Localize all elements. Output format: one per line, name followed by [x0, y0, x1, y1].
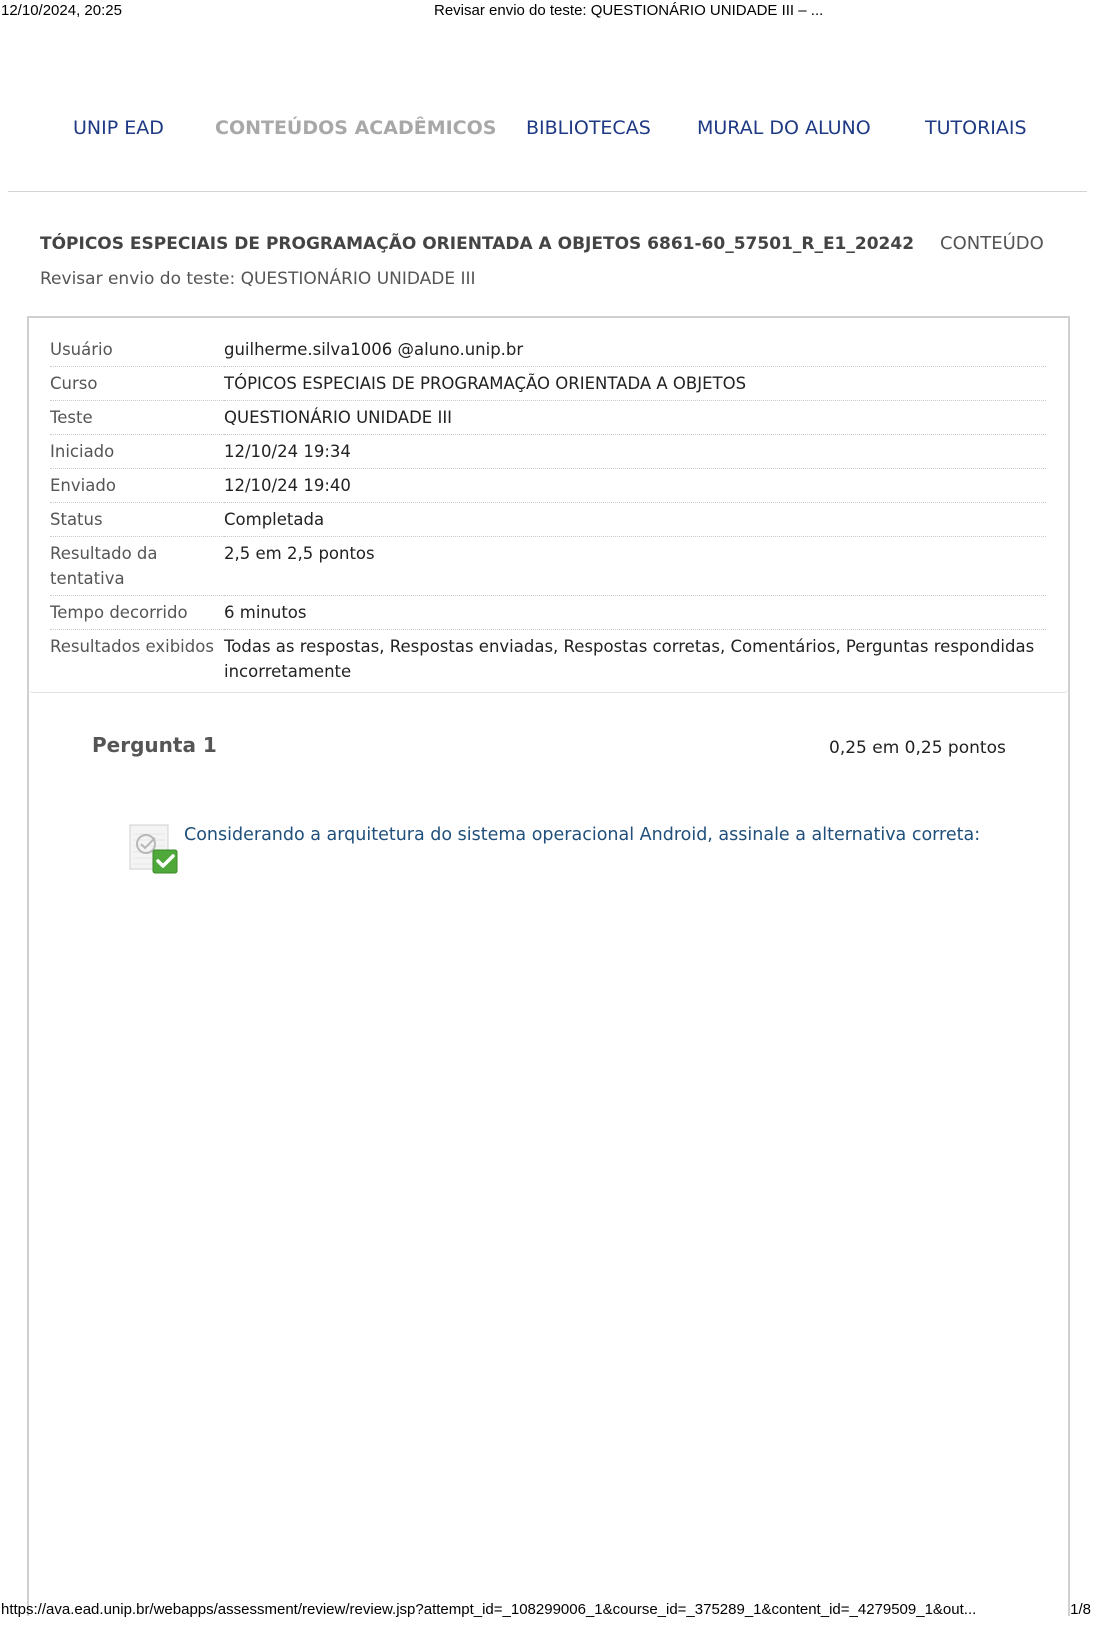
info-value: 2,5 em 2,5 pontos [224, 537, 1046, 596]
info-value: 6 minutos [224, 596, 1046, 630]
info-value: 12/10/24 19:40 [224, 469, 1046, 503]
print-url: https://ava.ead.unip.br/webapps/assessme… [1, 1601, 976, 1618]
info-row: Enviado12/10/24 19:40 [50, 469, 1046, 503]
info-value: guilherme.silva1006 @aluno.unip.br [224, 333, 1046, 367]
info-value: Completada [224, 503, 1046, 537]
info-value: TÓPICOS ESPECIAIS DE PROGRAMAÇÃO ORIENTA… [224, 367, 1046, 401]
info-row: Resultado da tentativa2,5 em 2,5 pontos [50, 537, 1046, 596]
info-row: Resultados exibidosTodas as respostas, R… [50, 630, 1046, 689]
info-row: Usuárioguilherme.silva1006 @aluno.unip.b… [50, 333, 1046, 367]
top-navigation: UNIP EAD CONTEÚDOS ACADÊMICOS BIBLIOTECA… [0, 117, 1095, 147]
print-footer: https://ava.ead.unip.br/webapps/assessme… [0, 1601, 1095, 1621]
question-text: Considerando a arquitetura do sistema op… [184, 825, 980, 845]
question-title: Pergunta 1 [92, 733, 217, 757]
print-title: Revisar envio do teste: QUESTIONÁRIO UNI… [434, 2, 823, 19]
nav-divider [8, 191, 1087, 192]
nav-item-tutoriais[interactable]: TUTORIAIS [925, 117, 1027, 139]
info-row: Tempo decorrido6 minutos [50, 596, 1046, 630]
print-page-number: 1/8 [1070, 1601, 1091, 1618]
nav-item-mural-do-aluno[interactable]: MURAL DO ALUNO [697, 117, 871, 139]
info-value: Todas as respostas, Respostas enviadas, … [224, 630, 1046, 689]
info-label: Teste [50, 401, 224, 435]
conteudo-link[interactable]: CONTEÚDO [940, 233, 1044, 254]
print-date: 12/10/2024, 20:25 [1, 2, 122, 19]
course-title[interactable]: TÓPICOS ESPECIAIS DE PROGRAMAÇÃO ORIENTA… [40, 234, 914, 254]
nav-item-unip-ead[interactable]: UNIP EAD [73, 117, 164, 139]
info-row: TesteQUESTIONÁRIO UNIDADE III [50, 401, 1046, 435]
correct-answer-icon [129, 824, 179, 874]
print-header: 12/10/2024, 20:25 Revisar envio do teste… [0, 2, 1095, 22]
info-label: Curso [50, 367, 224, 401]
info-label: Iniciado [50, 435, 224, 469]
info-row: Iniciado12/10/24 19:34 [50, 435, 1046, 469]
info-value: QUESTIONÁRIO UNIDADE III [224, 401, 1046, 435]
nav-item-bibliotecas[interactable]: BIBLIOTECAS [526, 117, 651, 139]
page-subtitle: Revisar envio do teste: QUESTIONÁRIO UNI… [40, 269, 476, 289]
question-points: 0,25 em 0,25 pontos [829, 738, 1006, 758]
info-label: Resultados exibidos [50, 630, 224, 689]
info-label: Usuário [50, 333, 224, 367]
info-row: StatusCompletada [50, 503, 1046, 537]
info-label: Tempo decorrido [50, 596, 224, 630]
info-label: Status [50, 503, 224, 537]
nav-item-conteudos-academicos[interactable]: CONTEÚDOS ACADÊMICOS [215, 117, 496, 139]
info-label: Resultado da tentativa [50, 537, 224, 596]
info-label: Enviado [50, 469, 224, 503]
attempt-info-table: Usuárioguilherme.silva1006 @aluno.unip.b… [50, 333, 1046, 688]
info-row: CursoTÓPICOS ESPECIAIS DE PROGRAMAÇÃO OR… [50, 367, 1046, 401]
attempt-info-box: Usuárioguilherme.silva1006 @aluno.unip.b… [29, 318, 1068, 693]
info-value: 12/10/24 19:34 [224, 435, 1046, 469]
